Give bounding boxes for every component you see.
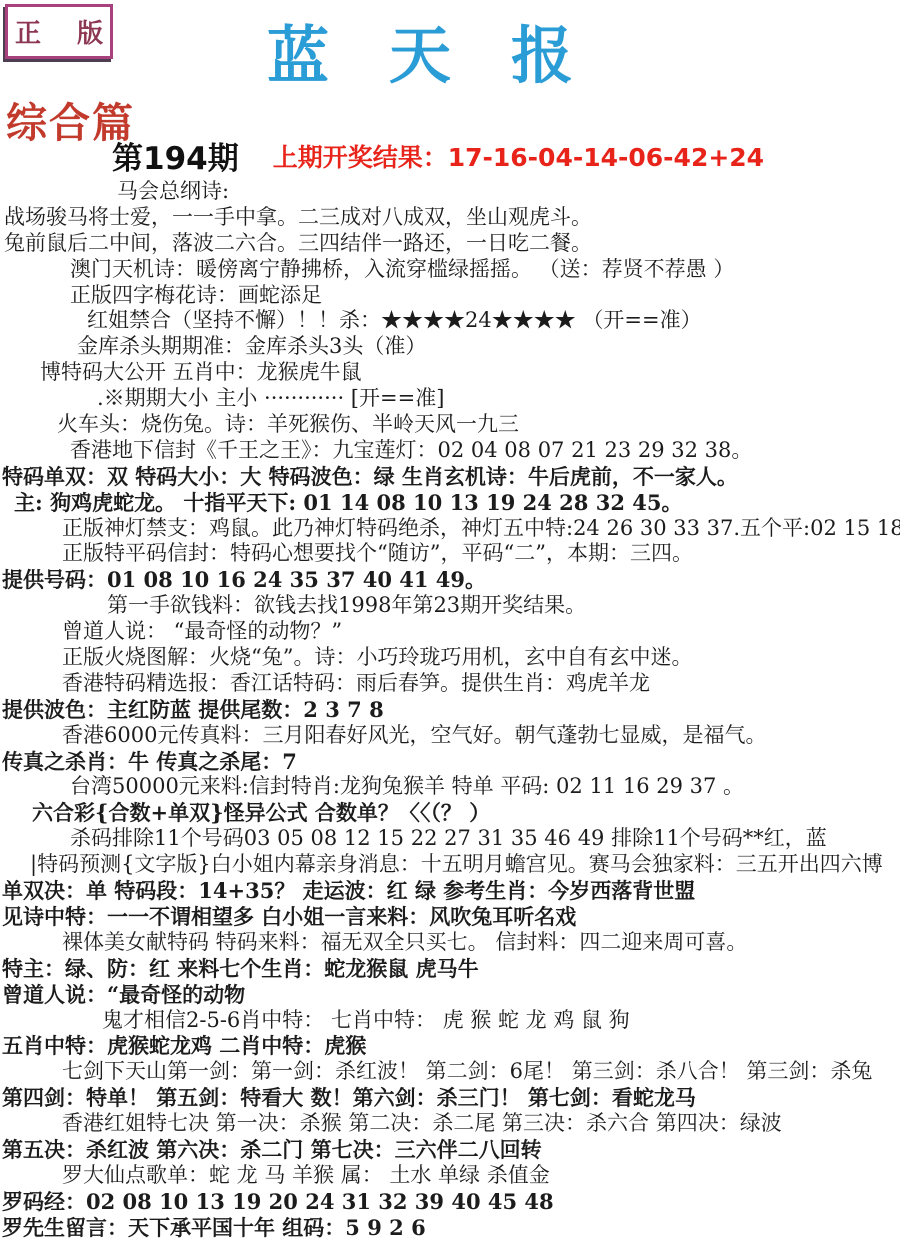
text-line: 红姐禁合（坚持不懈）！！杀：★★★★24★★★★ （开==准） [2, 308, 900, 334]
previous-draw-result: 上期开奖结果：17-16-04-14-06-42+24 [273, 133, 764, 174]
text-line: 特主：绿、防：红 来料七个生肖：蛇龙猴鼠 虎马牛 [2, 956, 900, 982]
text-line: 香港6000元传真料：三月阳春好风光，空气好。朝气蓬勃七显威，是福气。 [2, 723, 900, 749]
content-lines: 马会总纲诗: 战场骏马将士爱，一一手中拿。二三成对八成双，坐山观虎斗。 兔前鼠后… [2, 179, 900, 1241]
text-line: 传真之杀肖：牛 传真之杀尾：7 [2, 749, 900, 775]
text-line: 曾道人说： “最奇怪的动物？” [2, 619, 900, 645]
issue-row: 第194期 上期开奖结果：17-16-04-14-06-42+24 [112, 133, 764, 178]
text-line: 香港特码精选报：香江话特码：雨后春笋。提供生肖：鸡虎羊龙 [2, 671, 900, 697]
page-title: 蓝天报 [0, 6, 840, 95]
text-line: 第四剑：特单！ 第五剑：特看大 数！第六剑：杀三门！ 第七剑：看蛇龙马 [2, 1085, 900, 1111]
text-line: 主: 狗鸡虎蛇龙。 十指平天下: 01 14 08 10 13 19 24 28… [2, 490, 900, 516]
text-line: 六合彩{合数+单双}怪异公式 合数单？〈〈（？ ） [2, 800, 900, 826]
text-line: 第五决：杀红波 第六决：杀二门 第七决：三六伴二八回转 [2, 1137, 900, 1163]
issue-number: 第194期 [112, 133, 239, 178]
text-line: 七剑下天山第一剑：第一剑：杀红波！ 第二剑：6尾！ 第三剑：杀八合！ 第三剑：杀… [2, 1059, 900, 1085]
newspaper-page: 正版 蓝天报 综合篇 第194期 上期开奖结果：17-16-04-14-06-4… [0, 0, 900, 1243]
text-line: 金库杀头期期准：金库杀头3头（准） [2, 334, 900, 360]
text-line: 罗码经：02 08 10 13 19 20 24 31 32 39 40 45 … [2, 1189, 900, 1215]
text-line: 裸体美女献特码 特码来料：福无双全只买七。 信封料：四二迎来周可喜。 [2, 930, 900, 956]
text-line: 提供号码：01 08 10 16 24 35 37 40 41 49。 [2, 567, 900, 593]
text-line: |特码预测{文字版}白小姐内幕亲身消息：十五明月蟾宫见。赛马会独家料：三五开出四… [2, 852, 900, 878]
text-line: 罗大仙点歌单：蛇 龙 马 羊猴 属： 土水 单绿 杀值金 [2, 1163, 900, 1189]
text-line: 第一手欲钱料：欲钱去找1998年第23期开奖结果。 [2, 593, 900, 619]
text-line: 正版神灯禁支：鸡鼠。此乃神灯特码绝杀，神灯五中特:24 26 30 33 37.… [2, 516, 900, 542]
text-line: 战场骏马将士爱，一一手中拿。二三成对八成双，坐山观虎斗。 [2, 205, 900, 231]
text-line: 澳门天机诗：暖傍离宁静拂桥，入流穿槛绿摇摇。 （送：荐贤不荐愚 ） [2, 257, 900, 283]
text-line: 正版特平码信封：特码心想要找个“随访”，平码“二”，本期：三四。 [2, 541, 900, 567]
text-line: 特码单双：双 特码大小：大 特码波色：绿 生肖玄机诗：牛后虎前，不一家人。 [2, 464, 900, 490]
text-line: 兔前鼠后二中间，落波二六合。三四结伴一路还，一日吃二餐。 [2, 231, 900, 257]
text-line: 提供波色：主红防蓝 提供尾数：2 3 7 8 [2, 697, 900, 723]
text-line: 马会总纲诗: [2, 179, 900, 205]
text-line: 鬼才相信2-5-6肖中特： 七肖中特： 虎 猴 蛇 龙 鸡 鼠 狗 [2, 1008, 900, 1034]
text-line: 单双决：单 特码段：14+35？ 走运波：红 绿 参考生肖：今岁西落背世盟 [2, 878, 900, 904]
text-line: 罗先生留言：天下承平国十年 组码：5 9 2 6 [2, 1215, 900, 1241]
text-line: 火车头：烧伤兔。诗：羊死猴伤、半岭天风一九三 [2, 412, 900, 438]
text-line: 杀码排除11个号码03 05 08 12 15 22 27 31 35 46 4… [2, 826, 900, 852]
text-line: 台湾50000元来料:信封特肖:龙狗兔猴羊 特单 平码: 02 11 16 29… [2, 774, 900, 800]
text-line: 正版火烧图解：火烧“兔”。诗：小巧玲珑巧用机，玄中自有玄中迷。 [2, 645, 900, 671]
text-line: 香港地下信封《千王之王》：九宝莲灯：02 04 08 07 21 23 29 3… [2, 438, 900, 464]
text-line: 曾道人说：“最奇怪的动物 [2, 982, 900, 1008]
text-line: 见诗中特：一一不谓相望多 白小姐一言来料：风吹兔耳听名戏 [2, 904, 900, 930]
text-line: 香港红姐特七决 第一决：杀猴 第二决：杀二尾 第三决：杀六合 第四决：绿波 [2, 1111, 900, 1137]
text-line: 正版四字梅花诗：画蛇添足 [2, 283, 900, 309]
text-line: .※期期大小 主小 ············ [开==准] [2, 386, 900, 412]
text-line: 博特码大公开 五肖中：龙猴虎牛鼠 [2, 360, 900, 386]
text-line: 五肖中特：虎猴蛇龙鸡 二肖中特：虎猴 [2, 1033, 900, 1059]
